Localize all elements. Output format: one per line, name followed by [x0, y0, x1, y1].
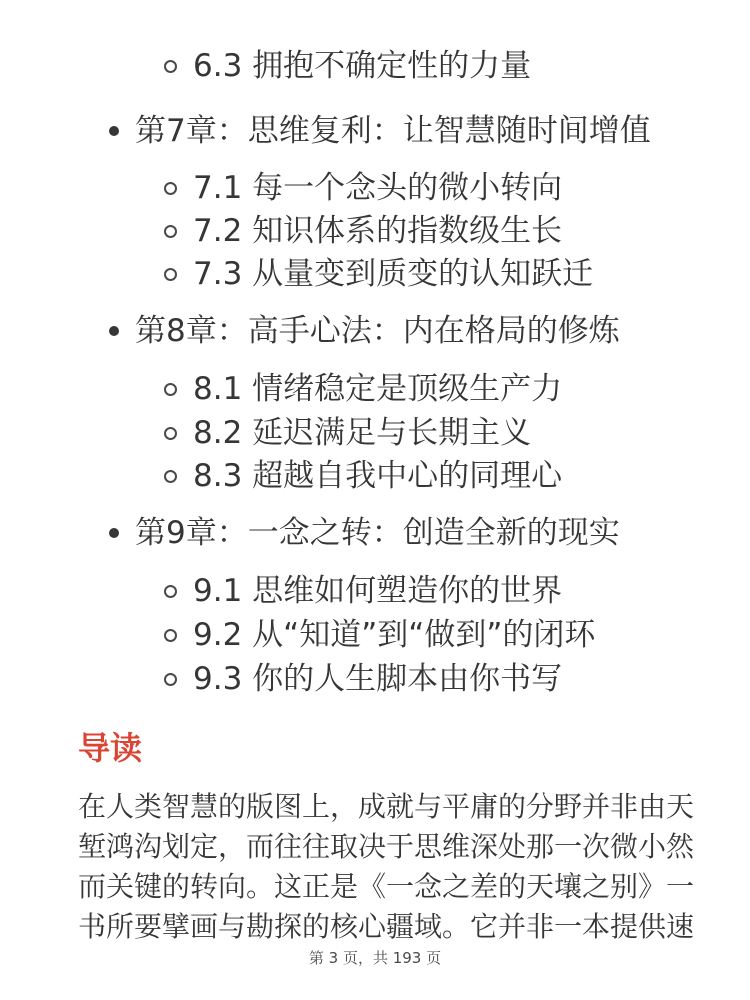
section-heading: 导读	[78, 726, 750, 770]
disc-bullet-icon	[109, 326, 119, 336]
document-page: 6.3 拥抱不确定性的力量 第7章：思维复利：让智慧随时间增值 7.1 每一个念…	[0, 0, 750, 1000]
circle-bullet-icon	[164, 427, 177, 440]
table-of-contents: 6.3 拥抱不确定性的力量 第7章：思维复利：让智慧随时间增值 7.1 每一个念…	[0, 46, 750, 699]
circle-bullet-icon	[164, 60, 177, 73]
circle-bullet-icon	[164, 585, 177, 598]
toc-chapter: 第9章：一念之转：创造全新的现实	[0, 513, 750, 553]
toc-chapter-label: 第9章：一念之转：创造全新的现实	[135, 513, 620, 553]
toc-subitem-label: 8.3 超越自我中心的同理心	[193, 456, 562, 496]
toc-subitem: 8.3 超越自我中心的同理心	[0, 456, 750, 496]
toc-subitem: 9.2 从“知道”到“做到”的闭环	[0, 615, 750, 655]
disc-bullet-icon	[109, 126, 119, 136]
circle-bullet-icon	[164, 673, 177, 686]
toc-chapter-label: 第7章：思维复利：让智慧随时间增值	[135, 111, 651, 151]
toc-subitem-label: 7.2 知识体系的指数级生长	[193, 211, 562, 251]
page-indicator: 第 3 页，共 193 页	[309, 949, 441, 967]
toc-chapter: 第7章：思维复利：让智慧随时间增值	[0, 111, 750, 151]
circle-bullet-icon	[164, 383, 177, 396]
toc-chapter: 第8章：高手心法：内在格局的修炼	[0, 311, 750, 351]
toc-subitem: 6.3 拥抱不确定性的力量	[0, 46, 750, 86]
paragraph-line: 在人类智慧的版图上，成就与平庸的分野并非由天	[78, 787, 750, 827]
toc-subitem: 9.3 你的人生脚本由你书写	[0, 659, 750, 699]
toc-subitem-label: 9.2 从“知道”到“做到”的闭环	[193, 615, 595, 655]
paragraph-line: 堑鸿沟划定，而往往取决于思维深处那一次微小然	[78, 827, 750, 867]
toc-subitem-label: 6.3 拥抱不确定性的力量	[193, 46, 531, 86]
toc-subitem-label: 7.1 每一个念头的微小转向	[193, 168, 562, 208]
toc-subitem: 8.2 延迟满足与长期主义	[0, 413, 750, 453]
circle-bullet-icon	[164, 629, 177, 642]
circle-bullet-icon	[164, 182, 177, 195]
paragraph-line: 而关键的转向。这正是《一念之差的天壤之别》一	[78, 867, 750, 907]
circle-bullet-icon	[164, 268, 177, 281]
disc-bullet-icon	[109, 528, 119, 538]
toc-subitem: 7.1 每一个念头的微小转向	[0, 168, 750, 208]
circle-bullet-icon	[164, 225, 177, 238]
toc-subitem: 9.1 思维如何塑造你的世界	[0, 571, 750, 611]
page-footer: 第 3 页，共 193 页	[0, 948, 750, 968]
toc-subitem-label: 8.2 延迟满足与长期主义	[193, 413, 531, 453]
circle-bullet-icon	[164, 470, 177, 483]
toc-subitem-label: 8.1 情绪稳定是顶级生产力	[193, 369, 562, 409]
toc-subitem-label: 9.3 你的人生脚本由你书写	[193, 659, 562, 699]
toc-subitem: 7.3 从量变到质变的认知跃迁	[0, 254, 750, 294]
paragraph-line: 书所要擘画与勘探的核心疆域。它并非一本提供速	[78, 907, 750, 947]
toc-subitem: 7.2 知识体系的指数级生长	[0, 211, 750, 251]
toc-subitem-label: 7.3 从量变到质变的认知跃迁	[193, 254, 593, 294]
toc-chapter-label: 第8章：高手心法：内在格局的修炼	[135, 311, 620, 351]
toc-subitem: 8.1 情绪稳定是顶级生产力	[0, 369, 750, 409]
intro-paragraph: 在人类智慧的版图上，成就与平庸的分野并非由天 堑鸿沟划定，而往往取决于思维深处那…	[78, 787, 750, 947]
toc-subitem-label: 9.1 思维如何塑造你的世界	[193, 571, 562, 611]
